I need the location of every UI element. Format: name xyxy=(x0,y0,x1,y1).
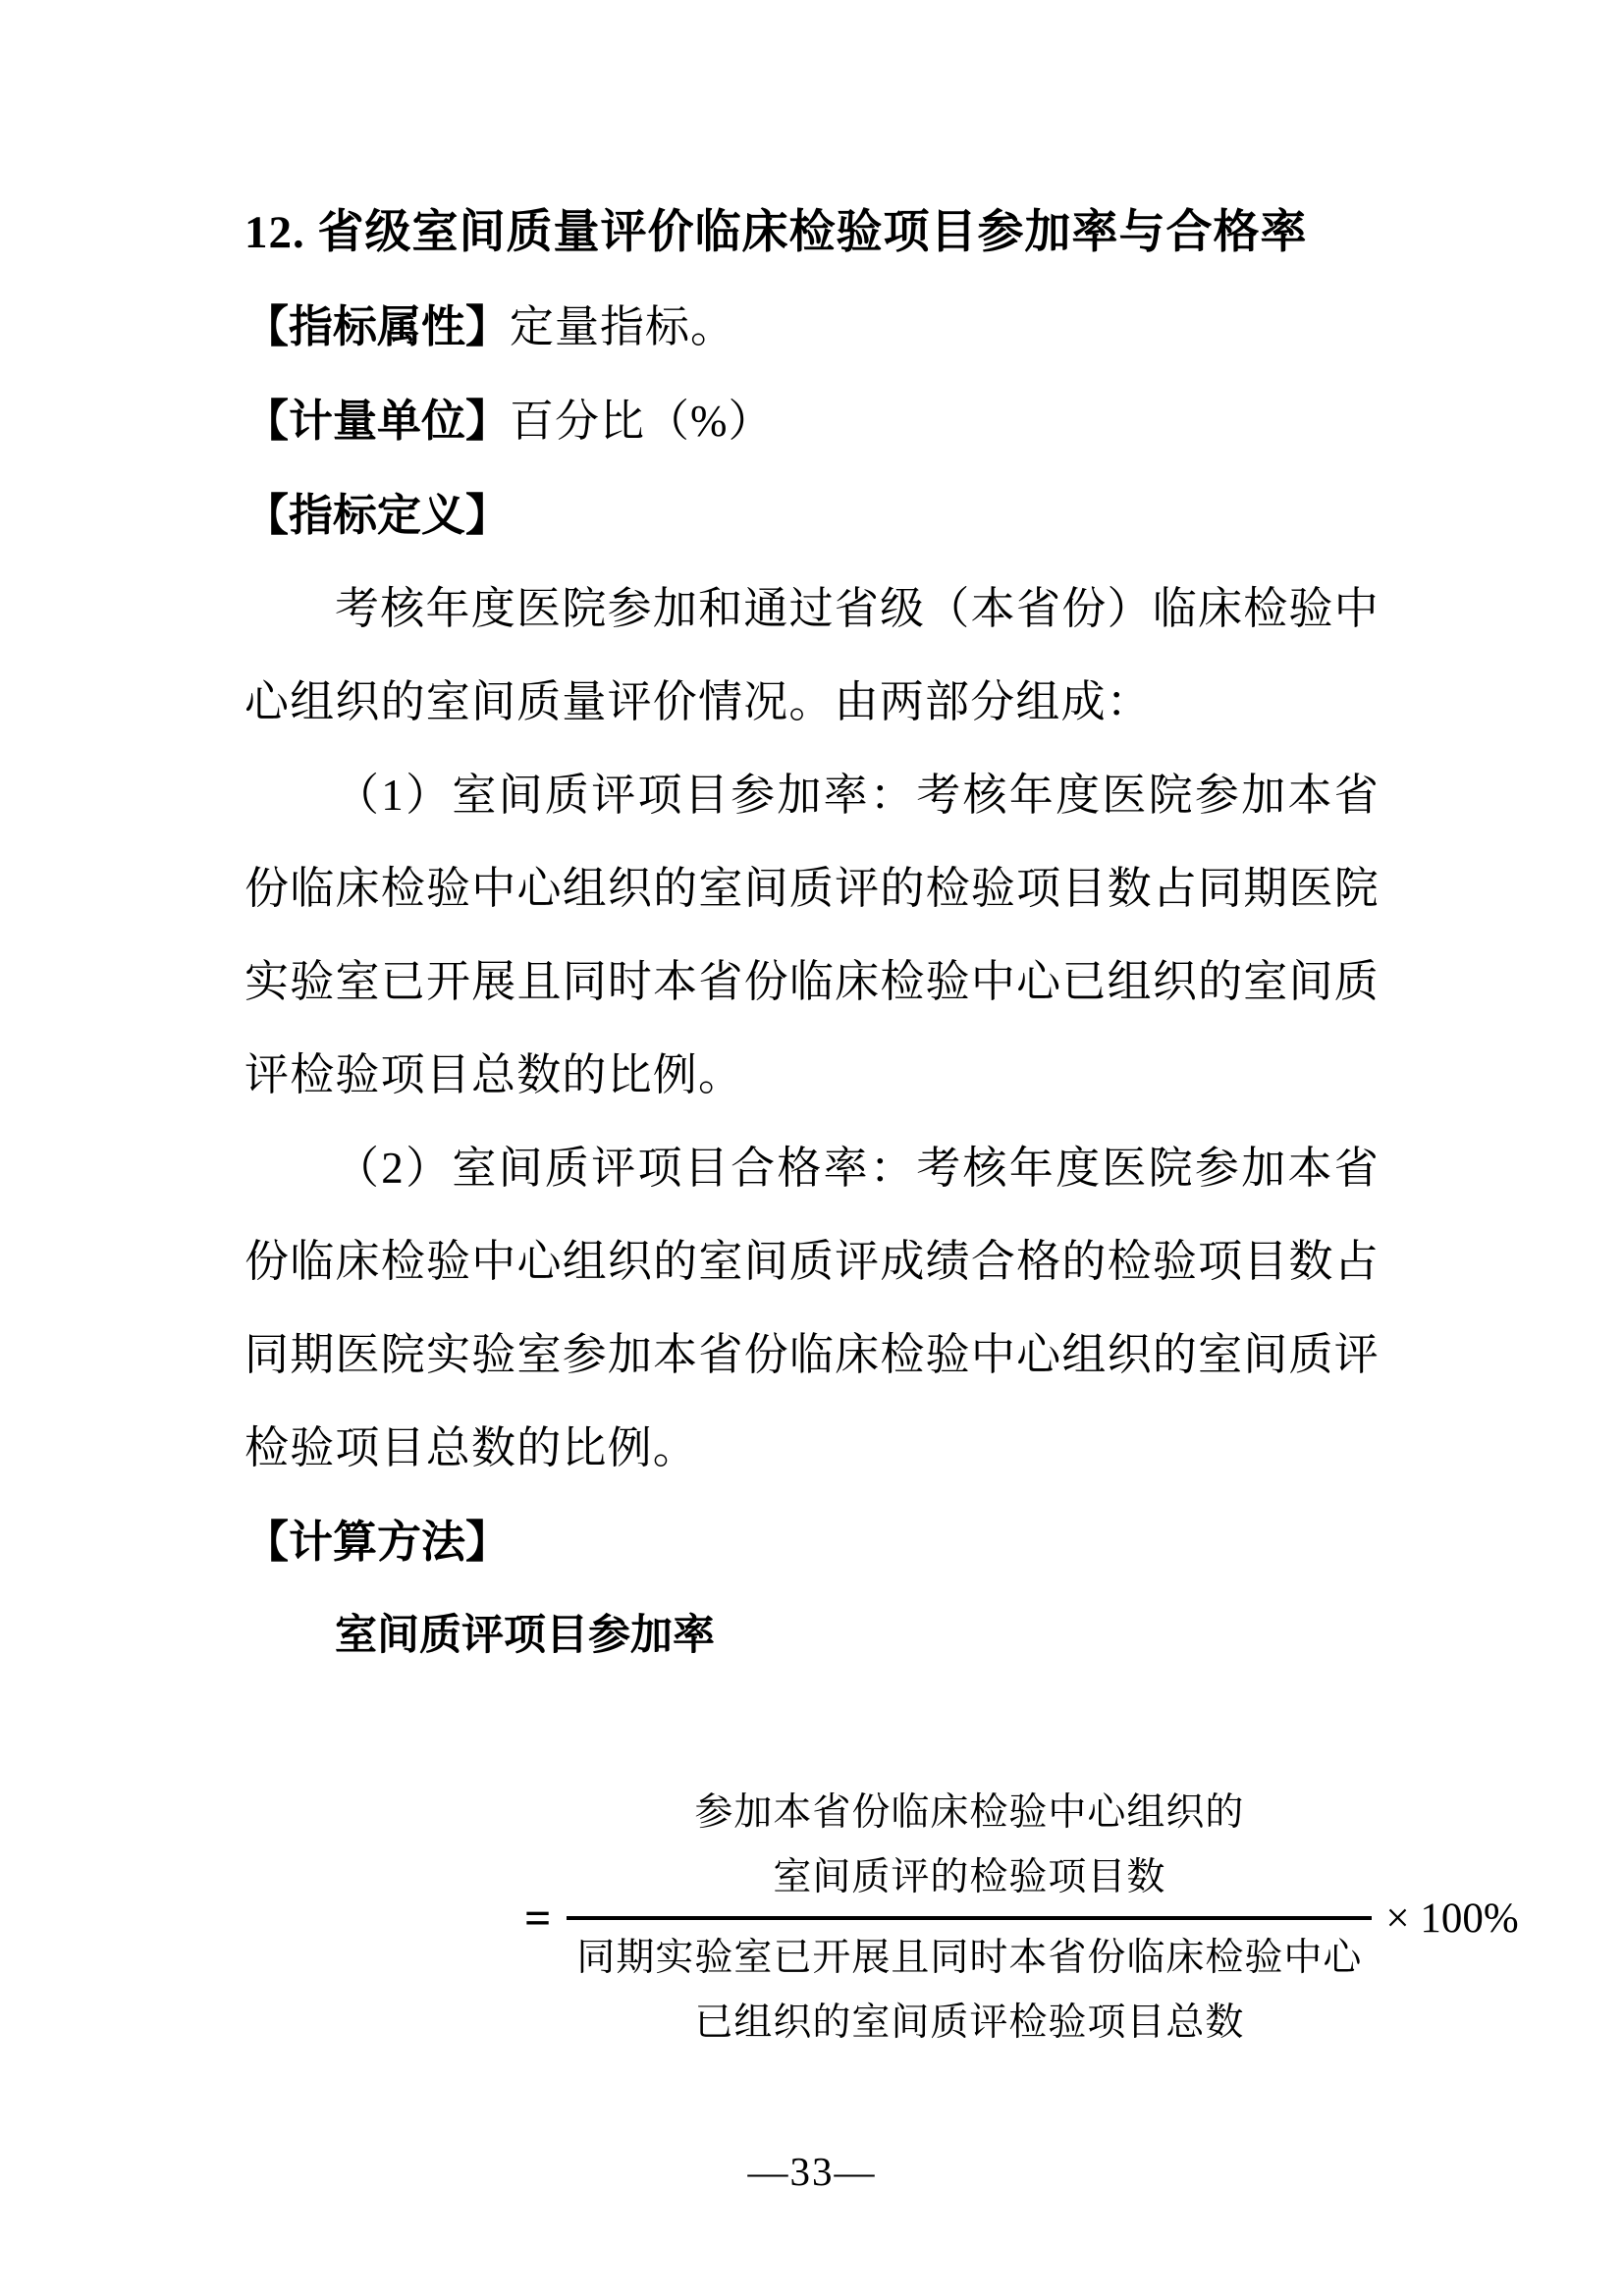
calculation-method-label: 【计算方法】 xyxy=(244,1517,510,1567)
definition-heading: 【指标定义】 xyxy=(244,468,1380,562)
definition-paragraph: 考核年度医院参加和通过省级（本省份）临床检验中心组织的室间质量评价情况。由两部分… xyxy=(244,562,1380,749)
numerator-line-1: 参加本省份临床检验中心组织的 xyxy=(694,1781,1244,1845)
multiply-by-100-percent: × 100% xyxy=(1385,1895,1518,1943)
page-number: —33— xyxy=(0,2148,1624,2195)
fraction-denominator: 同期实验室已开展且同时本省份临床检验中心 已组织的室间质评检验项目总数 xyxy=(567,1916,1372,2056)
indicator-attribute-value: 定量指标。 xyxy=(510,302,735,351)
section-title: 12. 省级室间质量评价临床检验项目参加率与合格率 xyxy=(244,187,1380,280)
measurement-unit-line: 【计量单位】百分比（%） xyxy=(244,374,1380,468)
fraction: 参加本省份临床检验中心组织的 室间质评的检验项目数 同期实验室已开展且同时本省份… xyxy=(567,1781,1372,2056)
definition-paragraph: （2）室间质评项目合格率：考核年度医院参加本省份临床检验中心组织的室间质评成绩合… xyxy=(244,1122,1380,1495)
equals-sign: = xyxy=(524,1892,551,1946)
definition-paragraph: （1）室间质评项目参加率：考核年度医院参加本省份临床检验中心组织的室间质评的检验… xyxy=(244,749,1380,1122)
formula-name: 室间质评项目参加率 xyxy=(244,1589,1380,1682)
measurement-unit-label: 【计量单位】 xyxy=(244,396,510,446)
document-page: 12. 省级室间质量评价临床检验项目参加率与合格率 【指标属性】定量指标。 【计… xyxy=(0,0,1624,2296)
denominator-line-1: 同期实验室已开展且同时本省份临床检验中心 xyxy=(576,1926,1362,1991)
fraction-numerator: 参加本省份临床检验中心组织的 室间质评的检验项目数 xyxy=(665,1781,1273,1916)
measurement-unit-value: 百分比（%） xyxy=(510,397,774,446)
calculation-method-heading: 【计算方法】 xyxy=(244,1495,1380,1589)
numerator-line-2: 室间质评的检验项目数 xyxy=(694,1845,1244,1910)
indicator-attribute-label: 【指标属性】 xyxy=(244,301,510,351)
denominator-line-2: 已组织的室间质评检验项目总数 xyxy=(576,1991,1362,2056)
definition-heading-label: 【指标定义】 xyxy=(244,490,510,540)
document-content: 12. 省级室间质量评价临床检验项目参加率与合格率 【指标属性】定量指标。 【计… xyxy=(244,187,1380,2056)
participation-rate-formula: = 参加本省份临床检验中心组织的 室间质评的检验项目数 同期实验室已开展且同时本… xyxy=(524,1781,1380,2056)
indicator-attribute-line: 【指标属性】定量指标。 xyxy=(244,280,1380,374)
